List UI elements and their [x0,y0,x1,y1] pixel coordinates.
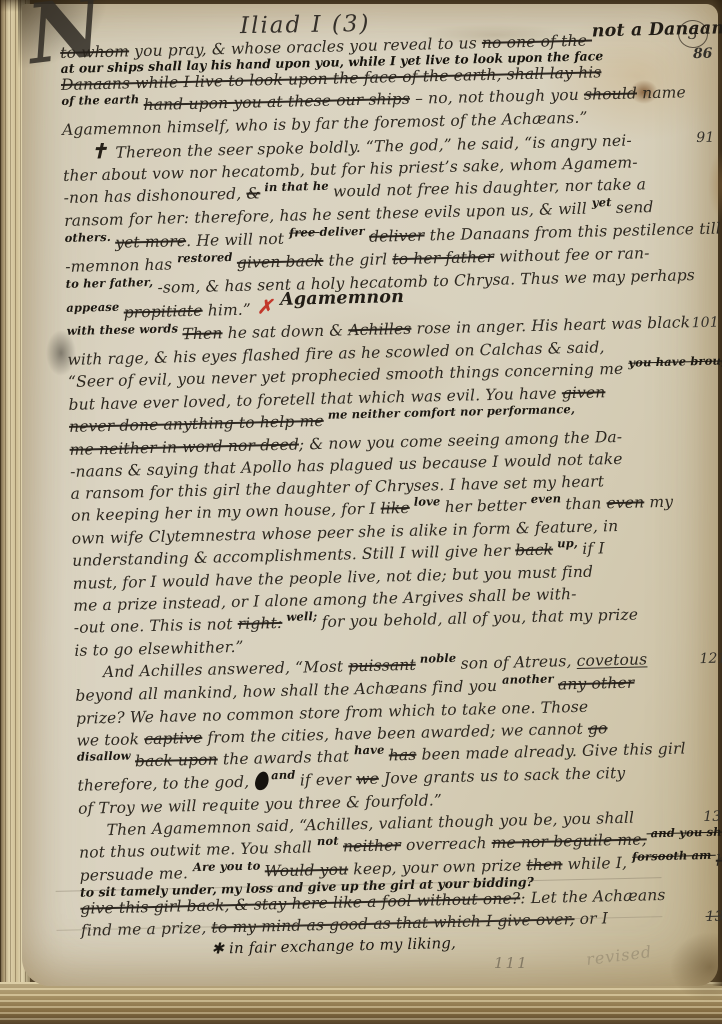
inserted-text: deliver [319,224,369,239]
manuscript-photo: N Iliad I (3) 3 to whom you pray, & whos… [0,0,722,1024]
inserted-struck-text: free [289,225,320,240]
struck-text: back [515,541,553,560]
book-bottom-page-edges [0,982,722,1024]
struck-text: like [380,499,410,518]
struck-text: given back [237,252,324,272]
margin-line-number: 86 [693,48,713,61]
inserted-text: not [317,834,343,849]
struck-text: given [562,383,606,402]
handwritten-text: he sat down & [222,321,348,342]
inserted-text: yet [592,195,616,210]
struck-text: yet more [115,232,186,252]
struck-text: captive [144,729,202,748]
struck-text: Then [182,324,223,343]
inserted-text: even [531,491,566,506]
margin-line-number: 137 [705,905,722,928]
struck-text: go [588,719,608,737]
underlined-text: covetous [576,650,647,670]
handwritten-text: -non has dishonoured, [63,185,246,207]
inserted-text: of the earth [61,92,143,108]
struck-text: has [389,746,417,765]
margin-line-number: 121 [699,647,722,670]
inserted-text: noble [415,651,460,666]
struck-text: we [356,770,379,789]
inserted-text-large: not a Danaan [592,18,722,41]
handwritten-text: without fee or ran- [494,244,650,266]
handwritten-text: we took [76,730,144,750]
struck-text: then [526,855,562,874]
inserted-text: with these words [67,321,183,338]
inserted-text-large: Agamemnon [274,287,405,310]
handwritten-text: if ever [300,770,357,789]
struck-text: deliver [369,226,425,245]
red-cross-mark: ✗ [257,296,274,318]
handwritten-text: not thus outwit me. You shall [79,838,317,862]
inserted-struck-text: forsooth am [632,848,716,864]
inserted-text: disallow [77,748,135,763]
handwritten-text: while I, [562,854,632,874]
struck-text: & [246,184,260,202]
handwritten-text: Jove grants us to sack the city [379,764,626,788]
pencil-number: 111 [494,954,529,972]
handwritten-text: send [616,198,654,217]
handwritten-text: And Achilles answered, “Most [103,657,349,681]
handwritten-text: rose in anger. His heart was black [411,313,690,338]
struck-text: right: [237,614,282,633]
handwritten-text: . He will not [186,230,290,250]
inserted-text: love [409,494,444,509]
handwritten-text: ✱ in fair exchange to my liking, [211,934,456,958]
handwritten-text: -memnon has [65,255,177,276]
struck-text: have to [716,850,722,869]
inserted-text: well; [282,609,322,624]
handwritten-text: the awards that [218,747,355,768]
struck-text: back upon [135,750,218,770]
handwritten-text: if I [582,539,605,558]
struck-text: Achilles [348,320,412,339]
struck-text: should [584,84,637,103]
margin-line-number: 91 [696,127,715,149]
handwritten-text: been made already. Give this girl [416,739,686,763]
struck-text: neither [343,836,401,855]
inserted-text: others. [64,230,115,245]
handwritten-text: son of Atreus, [460,652,576,673]
inserted-text: have [354,742,389,757]
struck-text: never done anything to help me [69,412,324,436]
handwritten-text: therefore, to the god, [77,773,254,795]
struck-text: even [606,493,644,512]
struck-text: to her father [392,248,494,268]
struck-text: any other [558,674,635,694]
inserted-struck-text: and you shall not [646,824,722,841]
manuscript-lines: to whom you pray, & whose oracles you re… [60,27,704,963]
struck-text: me nor beguile me, [491,830,646,852]
ink-blot [254,770,270,791]
handwritten-text: -out one. This is not [74,615,238,637]
struck-text: hand upon you at these our ships [143,90,410,114]
handwritten-text: is to go elsewhither.” [74,638,244,660]
handwritten-text: the girl [323,250,392,270]
inserted-text: another [502,671,558,686]
struck-text: puissant [348,656,416,676]
handwritten-text: overreach [401,834,492,854]
handwritten-text: – no, not though you [410,86,584,108]
inserted-text: to her father, [66,275,158,291]
inserted-text: appease [66,300,124,315]
struck-text: Would you [265,860,349,880]
inserted-text: and [271,768,300,783]
handwritten-text: than [565,494,607,513]
margin-line-number: 101 [691,312,719,335]
inserted-text: up, [553,536,583,551]
inserted-text: in that he [260,179,333,195]
inserted-text: Are you to [193,858,265,874]
struck-text: propitiate [124,302,203,322]
handwritten-text: name [637,83,686,102]
dagger-paragraph-mark: ✝ [90,140,107,162]
handwritten-text: her better [445,496,532,516]
inserted-text: restored [177,250,237,265]
handwritten-text: him.” [202,300,256,319]
inserted-struck-text: you have brought [628,353,722,370]
handwritten-text: my [644,493,673,512]
